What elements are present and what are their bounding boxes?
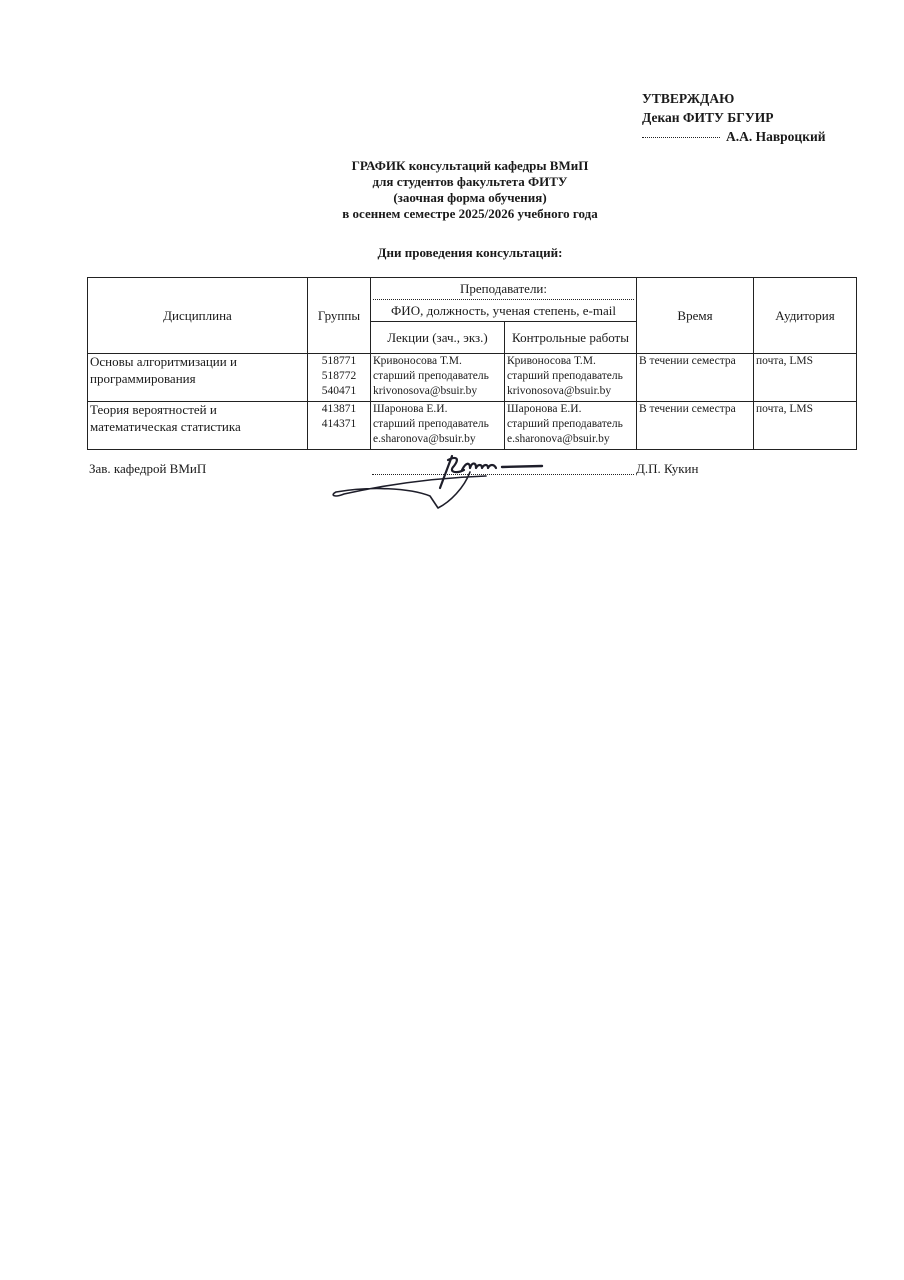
lecturer-name: Шаронова Е.И. [373, 402, 502, 417]
cell-groups: 518771 518772 540471 [308, 354, 371, 402]
approval-signature-line [642, 137, 720, 138]
header-discipline: Дисциплина [88, 278, 308, 354]
approval-block: УТВЕРЖДАЮ Декан ФИТУ БГУИР А.А. Навроцки… [642, 89, 826, 146]
cell-discipline: Основы алгоритмизации и программирования [88, 354, 308, 402]
header-lectures: Лекции (зач., экз.) [371, 322, 505, 354]
lecturer-position: старший преподаватель [373, 369, 502, 384]
approval-signer: А.А. Навроцкий [726, 129, 826, 144]
group-number: 413871 [310, 402, 368, 417]
control-name: Шаронова Е.И. [507, 402, 634, 417]
header-room: Аудитория [754, 278, 857, 354]
title-line-2: для студентов факультета ФИТУ [0, 174, 904, 190]
table-row: Теория вероятностей и математическая ста… [88, 402, 857, 450]
table-row: Основы алгоритмизации и программирования… [88, 354, 857, 402]
approval-position: Декан ФИТУ БГУИР [642, 108, 826, 127]
header-control-works: Контрольные работы [505, 322, 637, 354]
document-title: ГРАФИК консультаций кафедры ВМиП для сту… [0, 158, 904, 222]
group-number: 414371 [310, 417, 368, 432]
cell-control: Кривоносова Т.М. старший преподаватель k… [505, 354, 637, 402]
cell-lecturer: Кривоносова Т.М. старший преподаватель k… [371, 354, 505, 402]
title-line-4: в осеннем семестре 2025/2026 учебного го… [0, 206, 904, 222]
lecturer-position: старший преподаватель [373, 417, 502, 432]
consultation-table: Дисциплина Группы Преподаватели: ФИО, до… [87, 277, 857, 450]
lecturer-email[interactable]: krivonosova@bsuir.by [373, 384, 502, 399]
approval-title: УТВЕРЖДАЮ [642, 89, 826, 108]
header-teachers: Преподаватели: ФИО, должность, ученая ст… [371, 278, 637, 322]
cell-lecturer: Шаронова Е.И. старший преподаватель e.sh… [371, 402, 505, 450]
cell-discipline: Теория вероятностей и математическая ста… [88, 402, 308, 450]
control-email[interactable]: e.sharonova@bsuir.by [507, 432, 634, 447]
header-teachers-sub: ФИО, должность, ученая степень, e-mail [391, 303, 616, 318]
days-title: Дни проведения консультаций: [0, 245, 904, 261]
head-of-department-label: Зав. кафедрой ВМиП [89, 461, 206, 477]
cell-control: Шаронова Е.И. старший преподаватель e.sh… [505, 402, 637, 450]
control-name: Кривоносова Т.М. [507, 354, 634, 369]
group-number: 540471 [310, 384, 368, 399]
control-email[interactable]: krivonosova@bsuir.by [507, 384, 634, 399]
head-of-department-name: Д.П. Кукин [636, 461, 698, 477]
approval-signer-row: А.А. Навроцкий [642, 127, 826, 146]
control-position: старший преподаватель [507, 417, 634, 432]
group-number: 518772 [310, 369, 368, 384]
group-number: 518771 [310, 354, 368, 369]
cell-groups: 413871 414371 [308, 402, 371, 450]
signature-icon [330, 452, 560, 519]
title-line-3: (заочная форма обучения) [0, 190, 904, 206]
cell-room: почта, LMS [754, 402, 857, 450]
title-line-1: ГРАФИК консультаций кафедры ВМиП [0, 158, 904, 174]
cell-time: В течении семестра [637, 402, 754, 450]
cell-room: почта, LMS [754, 354, 857, 402]
header-groups: Группы [308, 278, 371, 354]
header-time: Время [637, 278, 754, 354]
lecturer-email[interactable]: e.sharonova@bsuir.by [373, 432, 502, 447]
lecturer-name: Кривоносова Т.М. [373, 354, 502, 369]
header-teachers-title: Преподаватели: [373, 278, 634, 300]
control-position: старший преподаватель [507, 369, 634, 384]
cell-time: В течении семестра [637, 354, 754, 402]
